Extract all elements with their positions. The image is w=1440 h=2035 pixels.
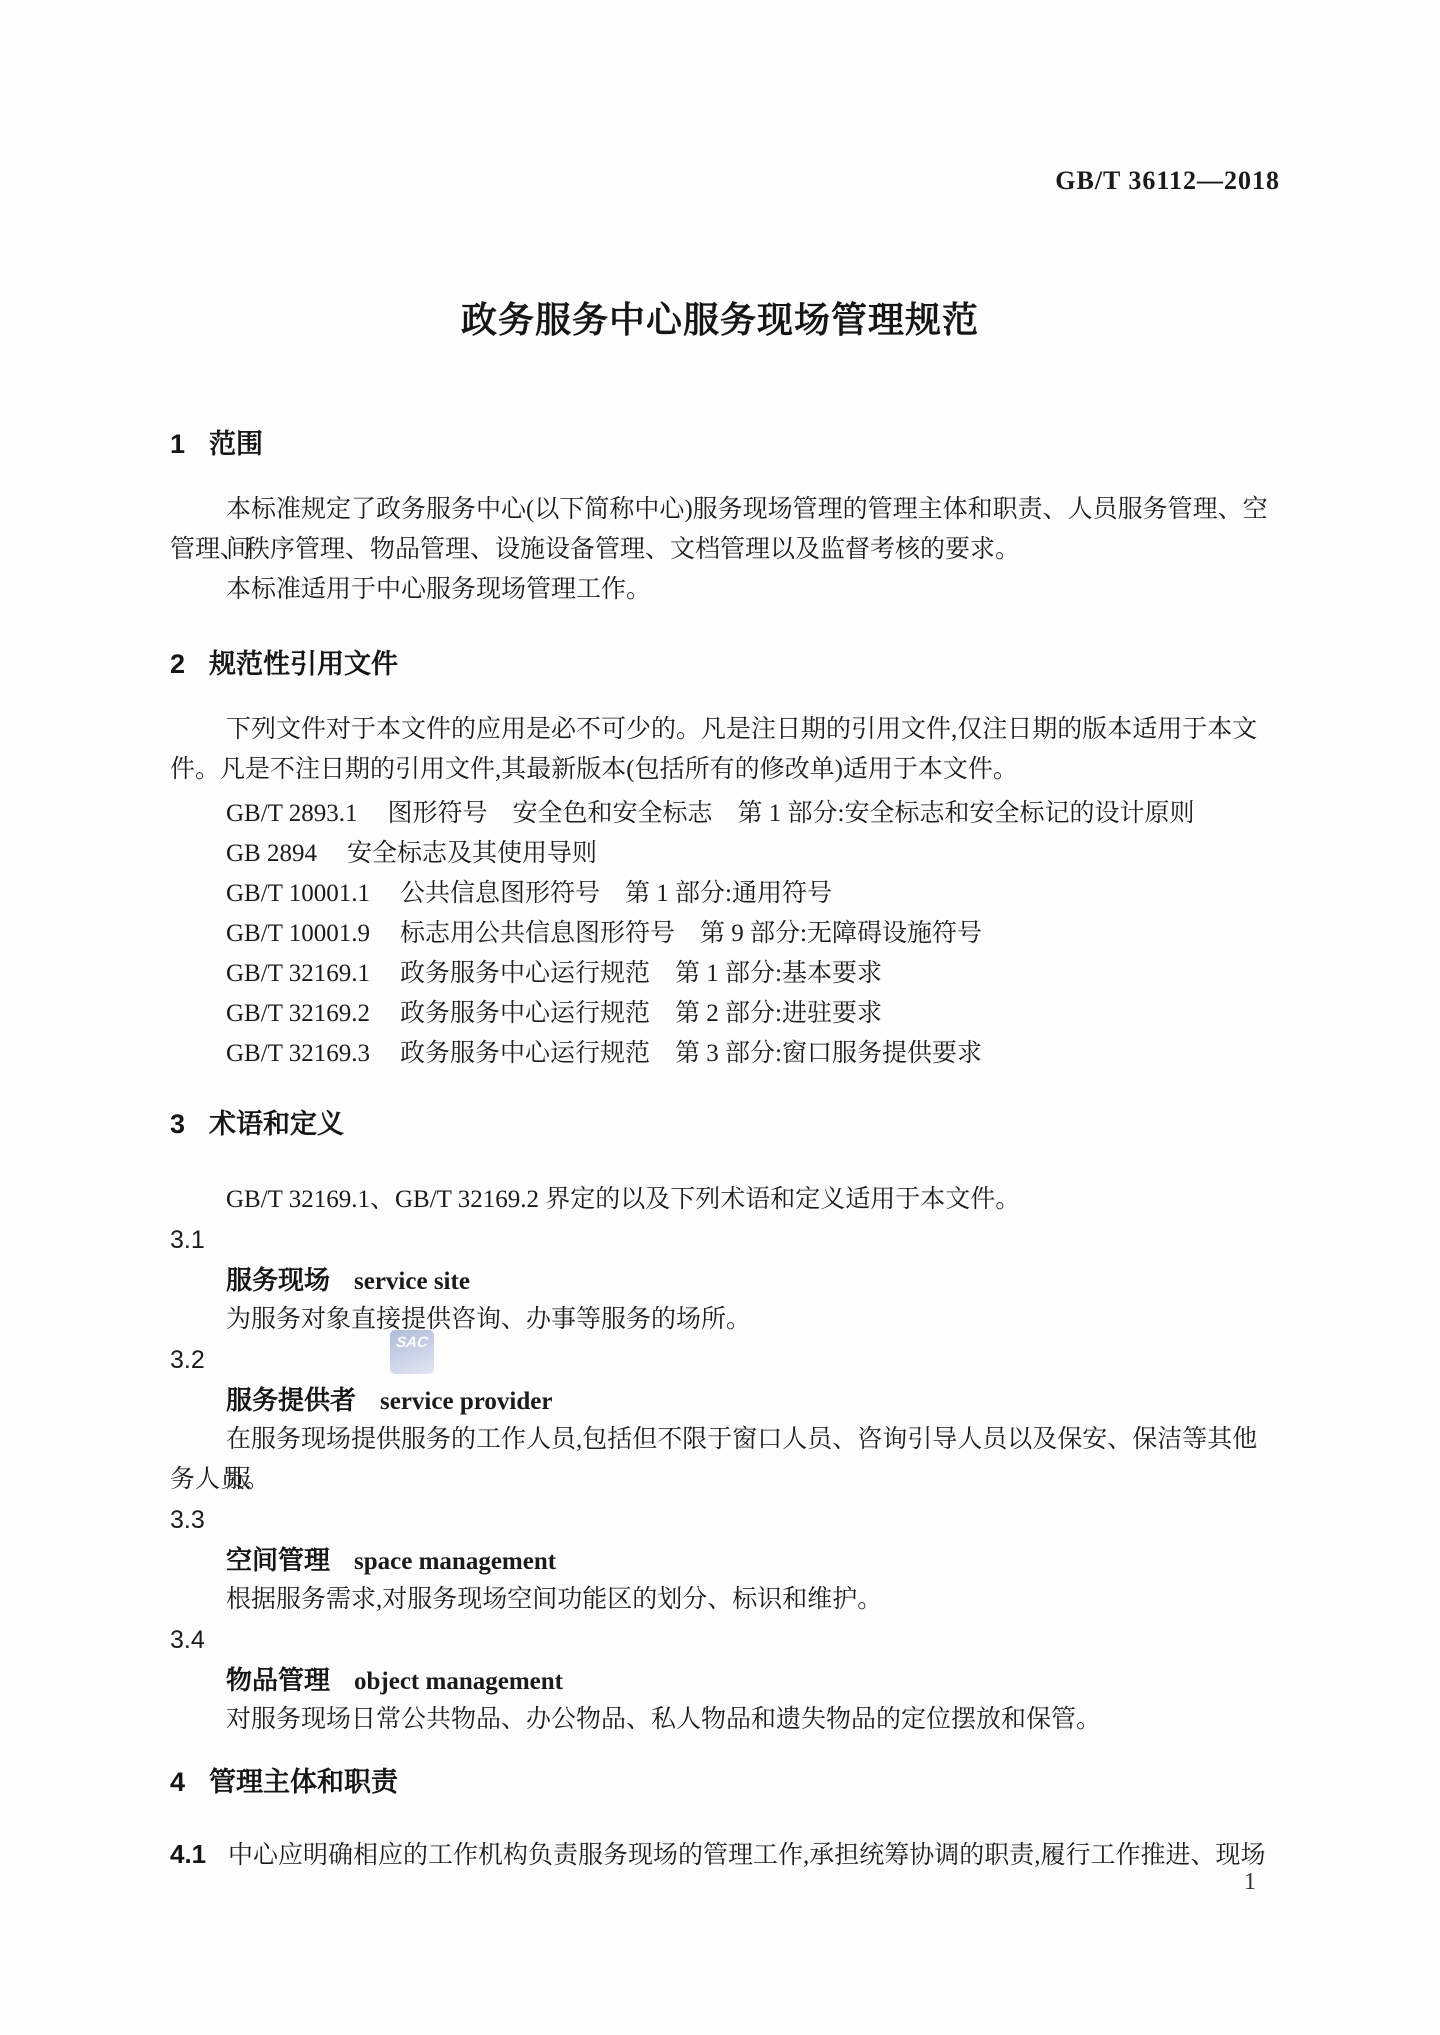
clause-4-1: 4.1中心应明确相应的工作机构负责服务现场的管理工作,承担统筹协调的职责,履行工… [170,1834,1280,1874]
section-3-title: 术语和定义 [209,1109,344,1139]
reference-title: 标志用公共信息图形符号 第 9 部分:无障碍设施符号 [400,920,982,947]
reference-item: GB/T 32169.1政务服务中心运行规范 第 1 部分:基本要求 [170,954,1280,994]
terms-block: 3.1 服务现场service site 为服务对象直接提供咨询、办事等服务的场… [170,1220,1280,1740]
reference-item: GB/T 2893.1图形符号 安全色和安全标志 第 1 部分:安全标志和安全标… [170,794,1280,834]
term-id: 3.2 [170,1340,1280,1380]
reference-code: GB/T 32169.1 [226,960,370,987]
reference-item: GB/T 32169.3政务服务中心运行规范 第 3 部分:窗口服务提供要求 [170,1034,1280,1074]
reference-code: GB/T 10001.1 [226,880,370,907]
section-3-intro: GB/T 32169.1、GB/T 32169.2 界定的以及下列术语和定义适用… [170,1180,1280,1220]
term-zh: 空间管理 [226,1545,330,1575]
term-zh: 物品管理 [226,1665,330,1695]
section-2-body: 下列文件对于本文件的应用是必不可少的。凡是注日期的引用文件,仅注日期的版本适用于… [170,710,1280,790]
section-3-number: 3 [170,1104,209,1144]
term-definition: 在服务现场提供服务的工作人员,包括但不限于窗口人员、咨询引导人员以及保安、保洁等… [170,1420,1280,1460]
section-3-heading: 3术语和定义 [170,1104,1280,1144]
reference-code: GB/T 32169.3 [226,1040,370,1067]
term-entry: 服务提供者service provider [170,1380,1280,1420]
reference-item: GB/T 10001.9标志用公共信息图形符号 第 9 部分:无障碍设施符号 [170,914,1280,954]
section-1-number: 1 [170,424,209,464]
reference-title: 公共信息图形符号 第 1 部分:通用符号 [400,880,832,907]
paragraph-line: 本标准适用于中心服务现场管理工作。 [170,570,1280,610]
section-2-number: 2 [170,644,209,684]
reference-code: GB/T 10001.9 [226,920,370,947]
reference-list: GB/T 2893.1图形符号 安全色和安全标志 第 1 部分:安全标志和安全标… [170,794,1280,1074]
section-1-title: 范围 [209,429,263,459]
term-definition: 根据服务需求,对服务现场空间功能区的划分、标识和维护。 [170,1580,1280,1620]
term-id: 3.1 [170,1220,1280,1260]
reference-title: 图形符号 安全色和安全标志 第 1 部分:安全标志和安全标记的设计原则 [388,800,1195,827]
term-entry: 空间管理space management [170,1540,1280,1580]
paragraph-line: 下列文件对于本文件的应用是必不可少的。凡是注日期的引用文件,仅注日期的版本适用于… [170,710,1280,750]
term-en: service provider [380,1388,552,1415]
term-definition: 务人员。 [170,1460,1280,1500]
reference-title: 政务服务中心运行规范 第 1 部分:基本要求 [400,960,882,987]
section-4-title: 管理主体和职责 [209,1767,398,1797]
term-zh: 服务提供者 [226,1385,356,1415]
term-en: service site [354,1268,470,1295]
term-en: space management [354,1548,556,1575]
reference-item: GB/T 32169.2政务服务中心运行规范 第 2 部分:进驻要求 [170,994,1280,1034]
page-number: 1 [1228,1862,1272,1902]
paragraph-line: GB/T 32169.1、GB/T 32169.2 界定的以及下列术语和定义适用… [170,1180,1280,1220]
reference-code: GB 2894 [226,840,317,867]
term-zh: 服务现场 [226,1265,330,1295]
clause-number: 4.1 [170,1834,228,1874]
section-1-heading: 1范围 [170,424,1280,464]
term-entry: 物品管理object management [170,1660,1280,1700]
paragraph-line: 本标准规定了政务服务中心(以下简称中心)服务现场管理的管理主体和职责、人员服务管… [170,490,1280,530]
section-1-body: 本标准规定了政务服务中心(以下简称中心)服务现场管理的管理主体和职责、人员服务管… [170,490,1280,610]
term-definition: 为服务对象直接提供咨询、办事等服务的场所。 [170,1300,1280,1340]
term-id: 3.4 [170,1620,1280,1660]
reference-code: GB/T 2893.1 [226,800,358,827]
term-entry: 服务现场service site [170,1260,1280,1300]
section-4-heading: 4管理主体和职责 [170,1762,1280,1802]
document-title: 政务服务中心服务现场管理规范 [0,292,1440,343]
term-id: 3.3 [170,1500,1280,1540]
reference-item: GB 2894安全标志及其使用导则 [170,834,1280,874]
reference-item: GB/T 10001.1公共信息图形符号 第 1 部分:通用符号 [170,874,1280,914]
term-en: object management [354,1668,563,1695]
section-2-title: 规范性引用文件 [209,649,398,679]
paragraph-line: 件。凡是不注日期的引用文件,其最新版本(包括所有的修改单)适用于本文件。 [170,750,1280,790]
reference-title: 安全标志及其使用导则 [347,840,597,867]
paragraph-line: 管理、秩序管理、物品管理、设施设备管理、文档管理以及监督考核的要求。 [170,530,1280,570]
section-4-number: 4 [170,1762,209,1802]
reference-title: 政务服务中心运行规范 第 2 部分:进驻要求 [400,1000,882,1027]
document-page: GB/T 36112—2018 政务服务中心服务现场管理规范 1范围 本标准规定… [0,0,1440,2035]
term-definition: 对服务现场日常公共物品、办公物品、私人物品和遗失物品的定位摆放和保管。 [170,1700,1280,1740]
section-2-heading: 2规范性引用文件 [170,644,1280,684]
clause-text: 中心应明确相应的工作机构负责服务现场的管理工作,承担统筹协调的职责,履行工作推进… [228,1842,1266,1869]
standard-number: GB/T 36112—2018 [170,166,1280,196]
reference-title: 政务服务中心运行规范 第 3 部分:窗口服务提供要求 [400,1040,982,1067]
reference-code: GB/T 32169.2 [226,1000,370,1027]
